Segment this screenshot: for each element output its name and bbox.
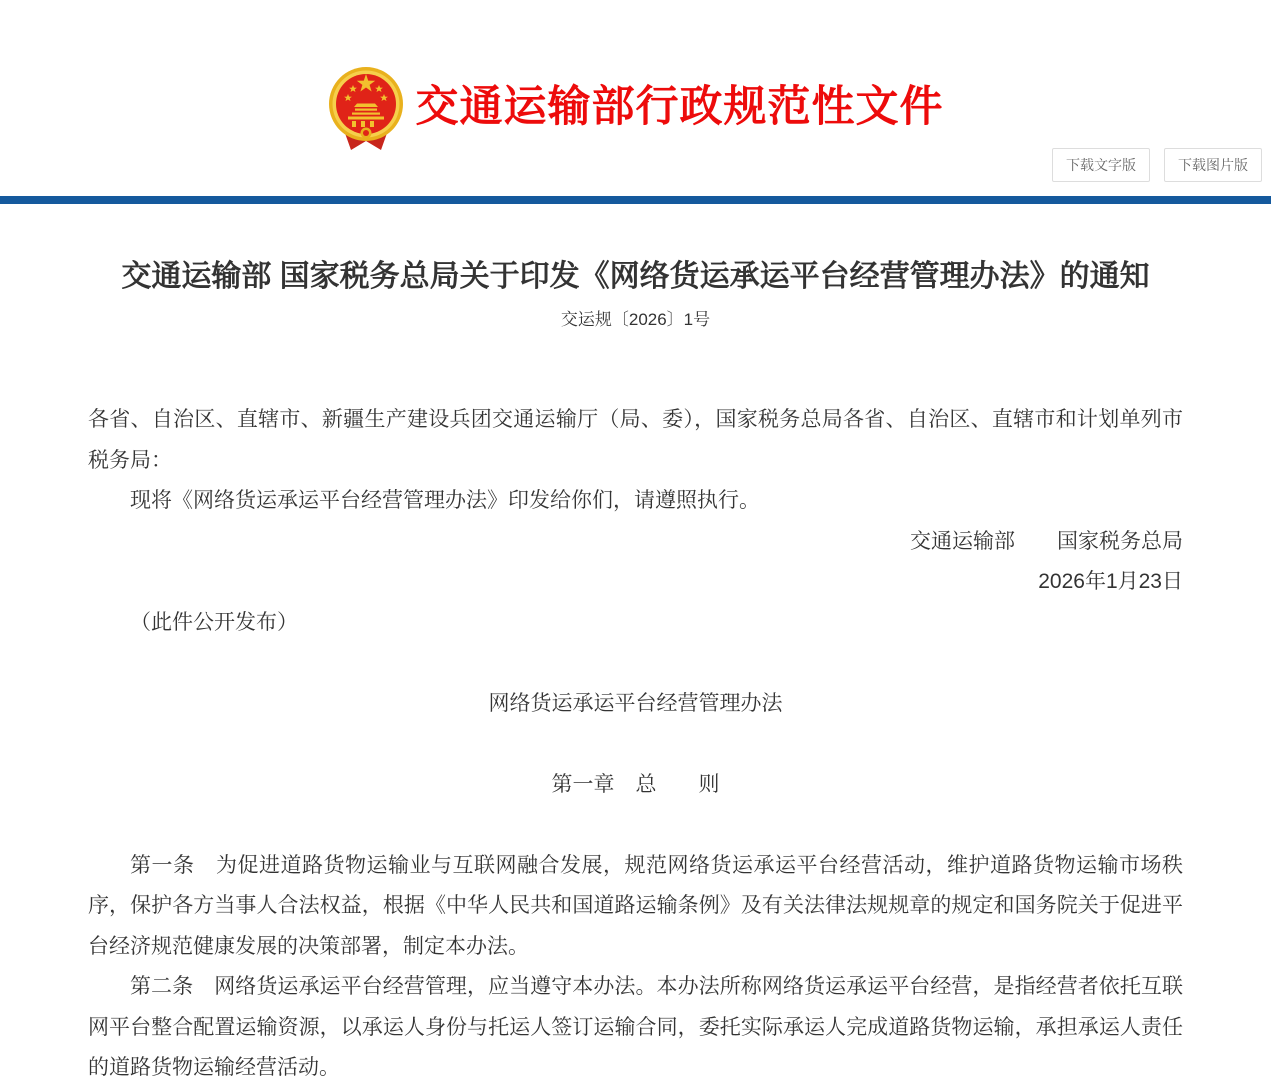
site-header: 交通运输部行政规范性文件 下载文字版 下载图片版 [0, 0, 1271, 204]
china-national-emblem-icon [328, 64, 404, 152]
page: 交通运输部行政规范性文件 下载文字版 下载图片版 交通运输部 国家税务总局关于印… [0, 0, 1271, 1087]
paragraph-addressee: 各省、自治区、直辖市、新疆生产建设兵团交通运输厅（局、委），国家税务总局各省、自… [88, 400, 1183, 481]
download-text-button[interactable]: 下载文字版 [1052, 148, 1150, 182]
article-2-paragraph: 第二条 网络货运承运平台经营管理，应当遵守本办法。本办法所称网络货运承运平台经营… [88, 967, 1183, 1087]
document-title: 交通运输部 国家税务总局关于印发《网络货运承运平台经营管理办法》的通知 [88, 258, 1183, 296]
document: 交通运输部 国家税务总局关于印发《网络货运承运平台经营管理办法》的通知 交运规〔… [88, 258, 1183, 1087]
public-release-note: （此件公开发布） [88, 603, 1183, 644]
document-body: 各省、自治区、直辖市、新疆生产建设兵团交通运输厅（局、委），国家税务总局各省、自… [88, 400, 1183, 1087]
header-brand: 交通运输部行政规范性文件 [0, 64, 1271, 152]
header-divider [0, 196, 1271, 204]
download-image-button[interactable]: 下载图片版 [1164, 148, 1262, 182]
header-actions: 下载文字版 下载图片版 [1052, 148, 1262, 182]
paragraph-forward-note: 现将《网络货运承运平台经营管理办法》印发给你们，请遵照执行。 [88, 481, 1183, 522]
chapter-heading: 第一章 总 则 [88, 765, 1183, 806]
measure-title-heading: 网络货运承运平台经营管理办法 [88, 684, 1183, 725]
signature-agencies: 交通运输部 国家税务总局 [88, 522, 1183, 563]
site-title: 交通运输部行政规范性文件 [416, 84, 944, 131]
article-1-paragraph: 第一条 为促进道路货物运输业与互联网融合发展，规范网络货运承运平台经营活动，维护… [88, 846, 1183, 968]
signature-date: 2026年1月23日 [88, 562, 1183, 603]
document-number: 交运规〔2026〕1号 [88, 308, 1183, 332]
